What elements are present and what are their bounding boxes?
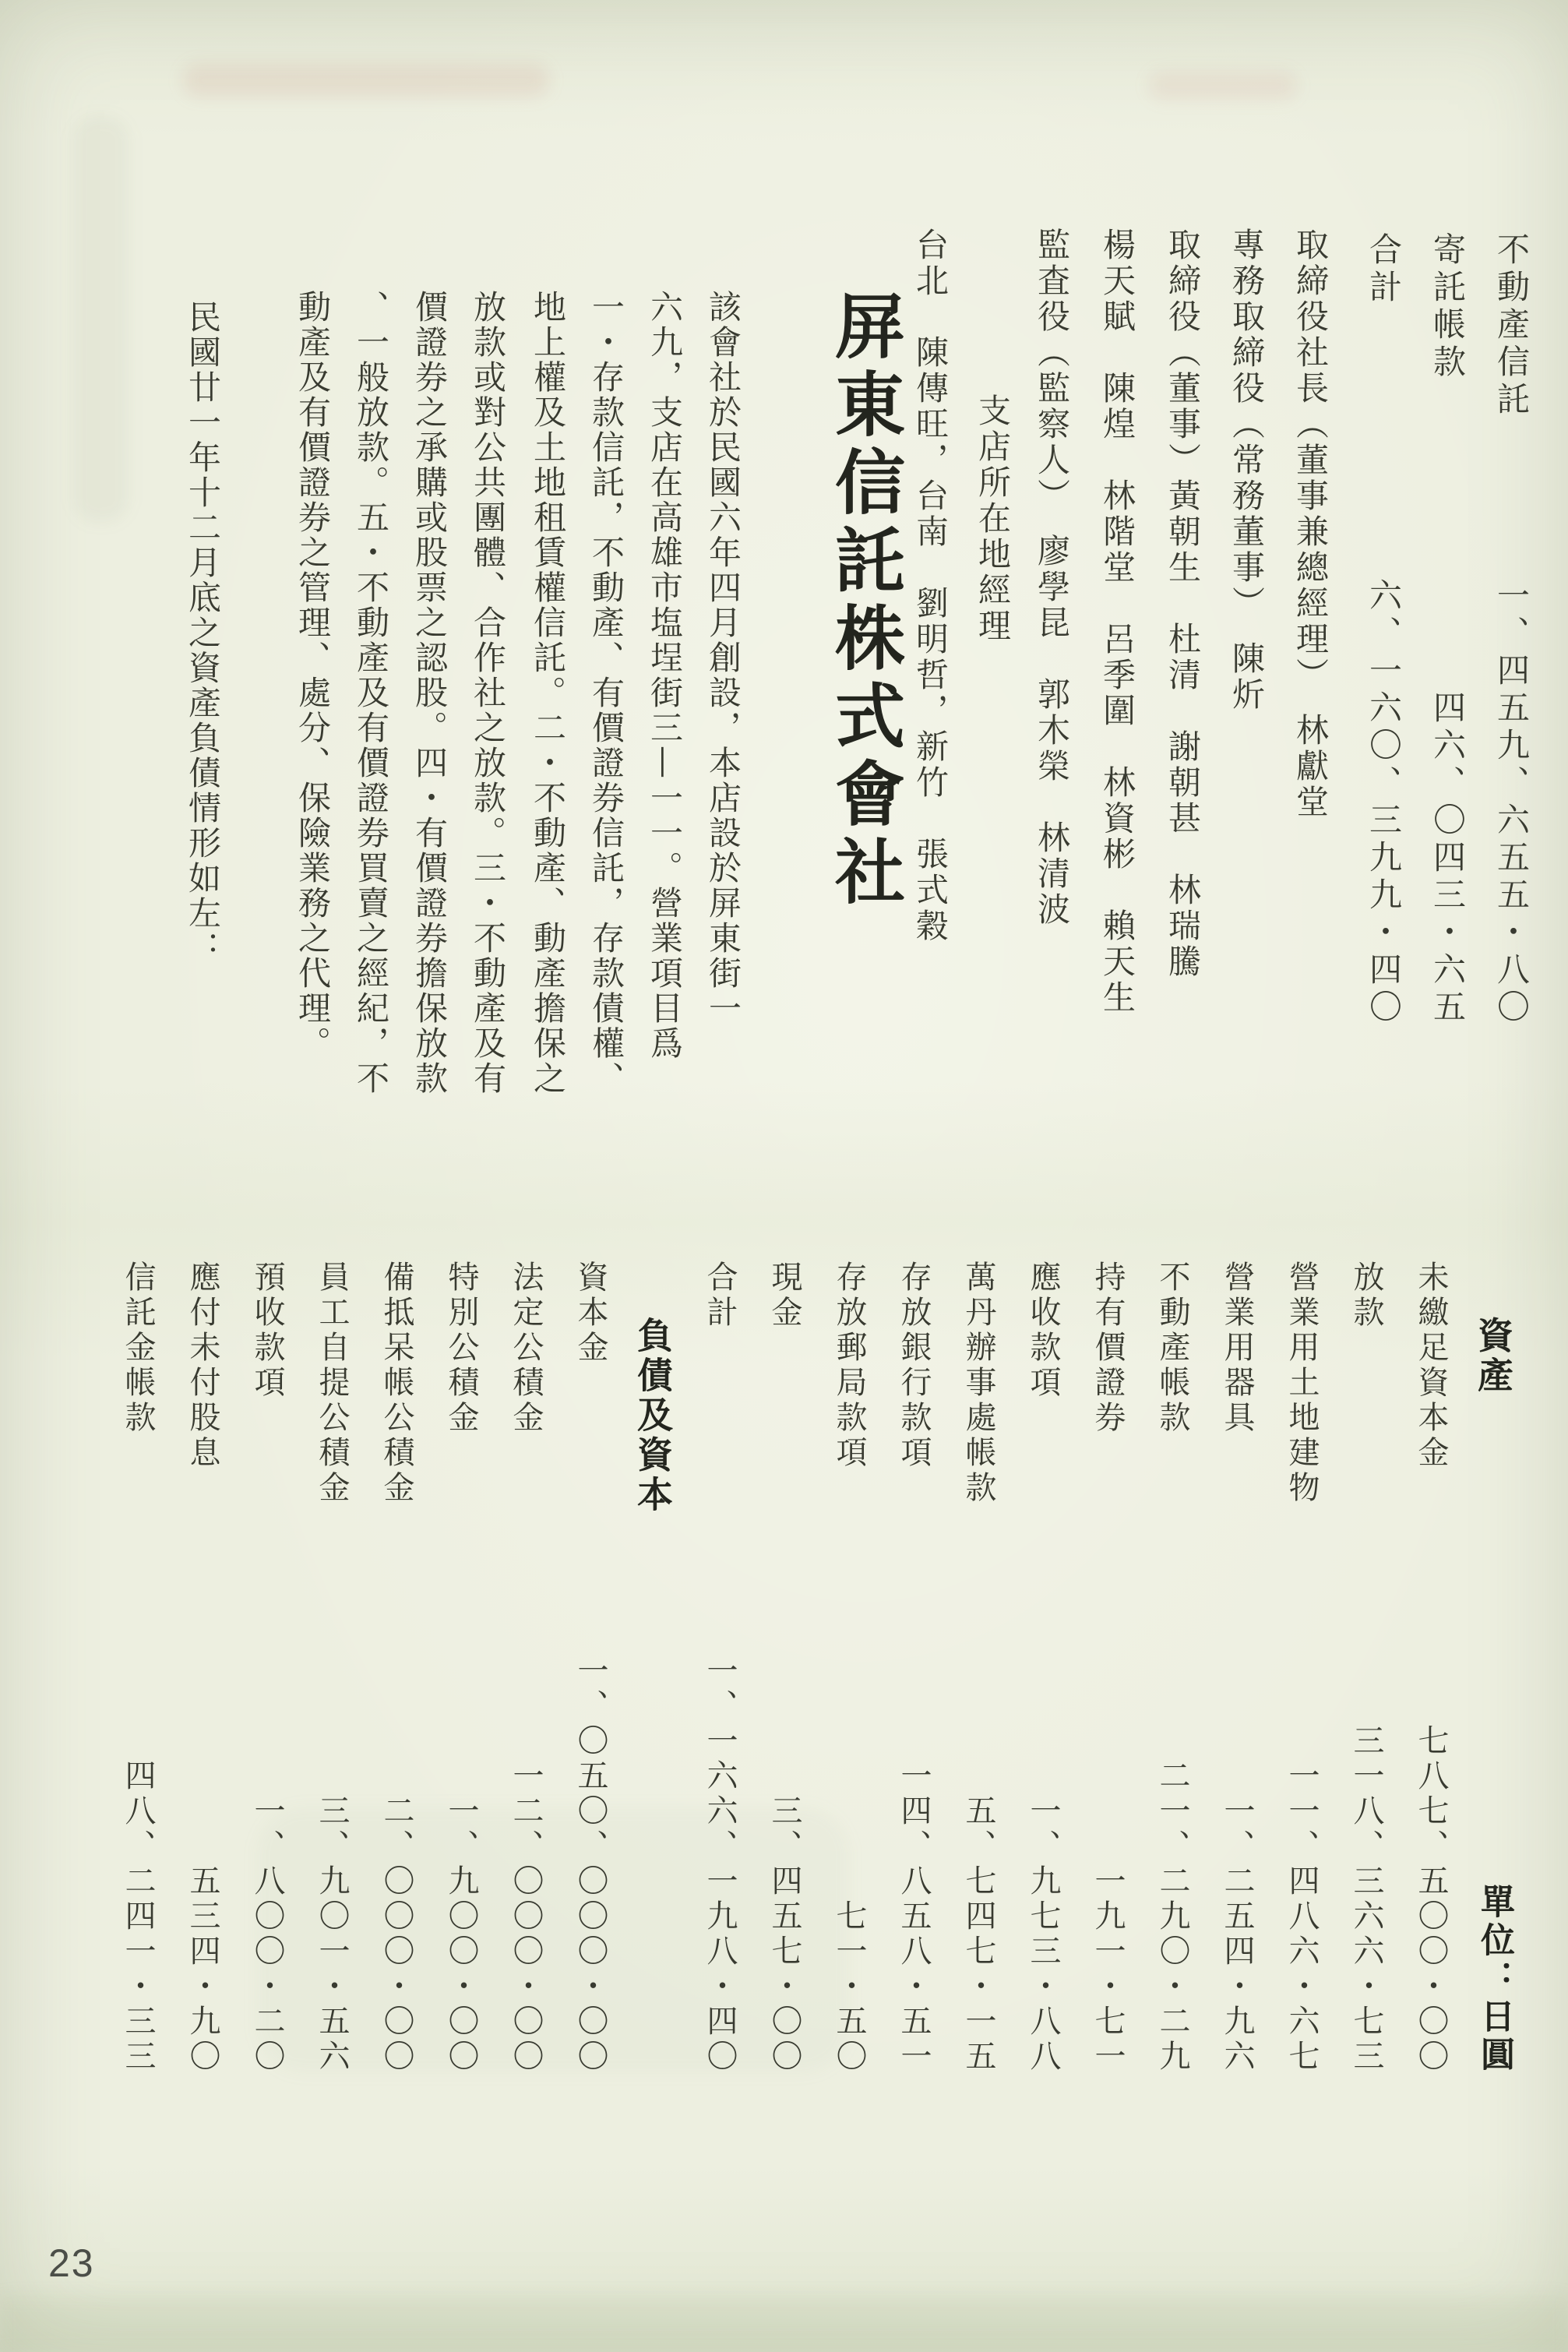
asset-row: 萬丹辦事處帳款 五、七四七・一五 xyxy=(955,1261,995,2075)
account-label: 特別公積金 xyxy=(444,1261,478,1436)
account-label: 不動產帳款 xyxy=(1155,1261,1189,1436)
account-amount: 一、四五九、六五五・八〇 xyxy=(1493,578,1529,1027)
officer-column-directors-continued: 楊天賦 陳煌 林階堂 呂季圍 林資彬 賴天生 xyxy=(1094,227,1135,1016)
scan-stain xyxy=(183,64,549,97)
liability-row: 法定公積金 一二、〇〇〇・〇〇 xyxy=(502,1261,543,2075)
account-label: 備抵呆帳公積金 xyxy=(379,1261,414,1506)
account-label: 應付未付股息 xyxy=(185,1261,220,1471)
account-label: 存放郵局款項 xyxy=(832,1261,866,1471)
account-label: 寄託帳款 xyxy=(1429,232,1465,382)
account-amount: 三一八、三六六・七三 xyxy=(1349,1724,1383,2075)
unit-label: 單位：日圓 xyxy=(1475,1884,1513,2075)
account-label: 萬丹辦事處帳款 xyxy=(961,1261,995,1506)
account-amount: 七八七、五〇〇・〇〇 xyxy=(1414,1724,1448,2075)
account-amount: 三、四五七・〇〇 xyxy=(767,1794,802,2075)
account-amount: 一、八〇〇・二〇 xyxy=(250,1794,284,2075)
account-label: 持有價證券 xyxy=(1091,1261,1125,1436)
carryover-total-row: 合計 六、一六〇、三九九・四〇 xyxy=(1361,232,1401,1027)
article-line: 價證券之承購或股票之認股。四・有價證券擔保放款 xyxy=(408,290,447,1096)
liability-row: 員工自提公積金 三、九〇一・五六 xyxy=(308,1261,349,2075)
article-line: 放款或對公共團體、合作社之放款。三・不動產及有 xyxy=(467,290,506,1096)
asset-row: 營業用器具 一、二五四・九六 xyxy=(1214,1261,1254,2075)
account-amount: 四六、〇四三・六五 xyxy=(1429,690,1465,1027)
scan-edge-band xyxy=(0,2297,1568,2352)
account-amount: 七一・五〇 xyxy=(832,1899,866,2075)
article-line: 該會社於民國六年四月創設，本店設於屏東街一 xyxy=(702,290,741,1026)
account-label: 信託金帳款 xyxy=(121,1261,155,1436)
asset-row: 不動產帳款 二一、二九〇・二九 xyxy=(1149,1261,1189,2075)
assets-header-column: 資產 單位：日圓 xyxy=(1472,1261,1513,2075)
account-label: 不動產信託 xyxy=(1493,232,1529,419)
account-amount: 一、〇五〇、〇〇〇・〇〇 xyxy=(573,1654,608,2075)
account-label: 合計 xyxy=(1365,232,1401,307)
scan-stain xyxy=(1149,72,1297,100)
liability-row: 資本金 一、〇五〇、〇〇〇・〇〇 xyxy=(567,1261,608,2075)
officer-column-auditors: 監査役（監察人） 廖學昆 郭木榮 林清波 xyxy=(1029,227,1069,928)
account-amount: 三、九〇一・五六 xyxy=(315,1794,349,2075)
asset-row: 未繳足資本金 七八七、五〇〇・〇〇 xyxy=(1408,1261,1448,2075)
article-line: 六九，支店在高雄市塩埕街三—一一。營業項目爲 xyxy=(643,290,682,1061)
assets-header: 資產 xyxy=(1473,1317,1513,1396)
asset-row: 放款 三一八、三六六・七三 xyxy=(1343,1261,1383,2075)
asset-row: 存放銀行款項 一四、八五八・五一 xyxy=(890,1261,931,2075)
article-line: 、一般放款。五・不動產及有價證券買賣之經紀，不 xyxy=(350,290,389,1096)
carryover-row: 不動產信託 一、四五九、六五五・八〇 xyxy=(1489,232,1529,1027)
page-number: 23 xyxy=(48,2241,95,2286)
article-line: 動產及有價證券之管理、處分、保險業務之代理。 xyxy=(291,290,330,1061)
account-amount: 一、九七三・八八 xyxy=(1026,1794,1060,2075)
officer-column-directors: 取締役（董事）黃朝生 杜清 謝朝甚 林瑞騰 xyxy=(1160,227,1200,980)
account-label: 營業用土地建物 xyxy=(1284,1261,1319,1506)
liability-row: 信託金帳款 四八、二四一・三三 xyxy=(115,1261,155,2075)
account-label: 法定公積金 xyxy=(509,1261,543,1436)
account-amount: 五三四・九〇 xyxy=(185,1864,220,2075)
account-label: 合計 xyxy=(703,1261,737,1331)
account-amount: 一九一・七一 xyxy=(1091,1864,1125,2075)
article-title: 屏東信託株式會社 xyxy=(805,290,906,913)
officer-column-managing-director: 專務取締役（常務董事） 陳炘 xyxy=(1224,227,1264,713)
account-amount: 一二、〇〇〇・〇〇 xyxy=(509,1759,543,2075)
carryover-row: 寄託帳款 四六、〇四三・六五 xyxy=(1425,232,1465,1027)
article-line: 一・存款信託，不動產、有價證券信託，存款債權、 xyxy=(585,290,624,1096)
account-label: 放款 xyxy=(1349,1261,1383,1331)
branch-managers-list: 台北 陳傳旺，台南 劉明哲，新竹 張式穀 xyxy=(907,227,948,944)
asset-row: 存放郵局款項 七一・五〇 xyxy=(826,1261,866,2075)
officer-column-president: 取締役社長（董事兼總經理） 林獻堂 xyxy=(1288,227,1328,820)
account-label: 應收款項 xyxy=(1026,1261,1060,1401)
liabilities-header: 負債及資本 xyxy=(632,1317,672,1515)
asset-row: 現金 三、四五七・〇〇 xyxy=(761,1261,802,2075)
account-label: 員工自提公積金 xyxy=(315,1261,349,1506)
account-amount: 一四、八五八・五一 xyxy=(897,1759,931,2075)
liability-row: 預收款項 一、八〇〇・二〇 xyxy=(244,1261,284,2075)
account-amount: 一、一六六、一九八・四〇 xyxy=(703,1654,737,2075)
bleed-through-smudge xyxy=(74,117,129,522)
liability-row: 備抵呆帳公積金 二、〇〇〇・〇〇 xyxy=(373,1261,414,2075)
asset-row: 持有價證券 一九一・七一 xyxy=(1084,1261,1125,2075)
account-label: 營業用器具 xyxy=(1220,1261,1254,1436)
account-label: 現金 xyxy=(767,1261,802,1331)
account-amount: 六、一六〇、三九九・四〇 xyxy=(1365,578,1401,1027)
asset-row: 應收款項 一、九七三・八八 xyxy=(1020,1261,1060,2075)
account-amount: 一、二五四・九六 xyxy=(1220,1794,1254,2075)
account-label: 未繳足資本金 xyxy=(1414,1261,1448,1471)
article-line: 民國廿一年十二月底之資產負債情形如左： xyxy=(181,300,220,966)
account-label: 預收款項 xyxy=(250,1261,284,1401)
liability-row: 特別公積金 一、九〇〇・〇〇 xyxy=(438,1261,478,2075)
asset-total-row: 合計 一、一六六、一九八・四〇 xyxy=(696,1261,737,2075)
scanned-book-page: 不動產信託 一、四五九、六五五・八〇 寄託帳款 四六、〇四三・六五 合計 六、一… xyxy=(0,0,1568,2352)
account-amount: 五、七四七・一五 xyxy=(961,1794,995,2075)
account-amount: 二、〇〇〇・〇〇 xyxy=(379,1794,414,2075)
article-line: 地上權及土地租賃權信託。二・不動產、動產擔保之 xyxy=(527,290,566,1096)
account-label: 資本金 xyxy=(573,1261,608,1366)
liability-row: 應付未付股息 五三四・九〇 xyxy=(179,1261,220,2075)
liabilities-header-column: 負債及資本 xyxy=(632,1261,672,2075)
account-amount: 二一、二九〇・二九 xyxy=(1155,1759,1189,2075)
account-amount: 一、九〇〇・〇〇 xyxy=(444,1794,478,2075)
account-amount: 一一、四八六・六七 xyxy=(1284,1759,1319,2075)
asset-row: 營業用土地建物 一一、四八六・六七 xyxy=(1278,1261,1319,2075)
branch-managers-heading: 支店所在地經理 xyxy=(970,393,1010,644)
account-label: 存放銀行款項 xyxy=(897,1261,931,1471)
account-amount: 四八、二四一・三三 xyxy=(121,1759,155,2075)
